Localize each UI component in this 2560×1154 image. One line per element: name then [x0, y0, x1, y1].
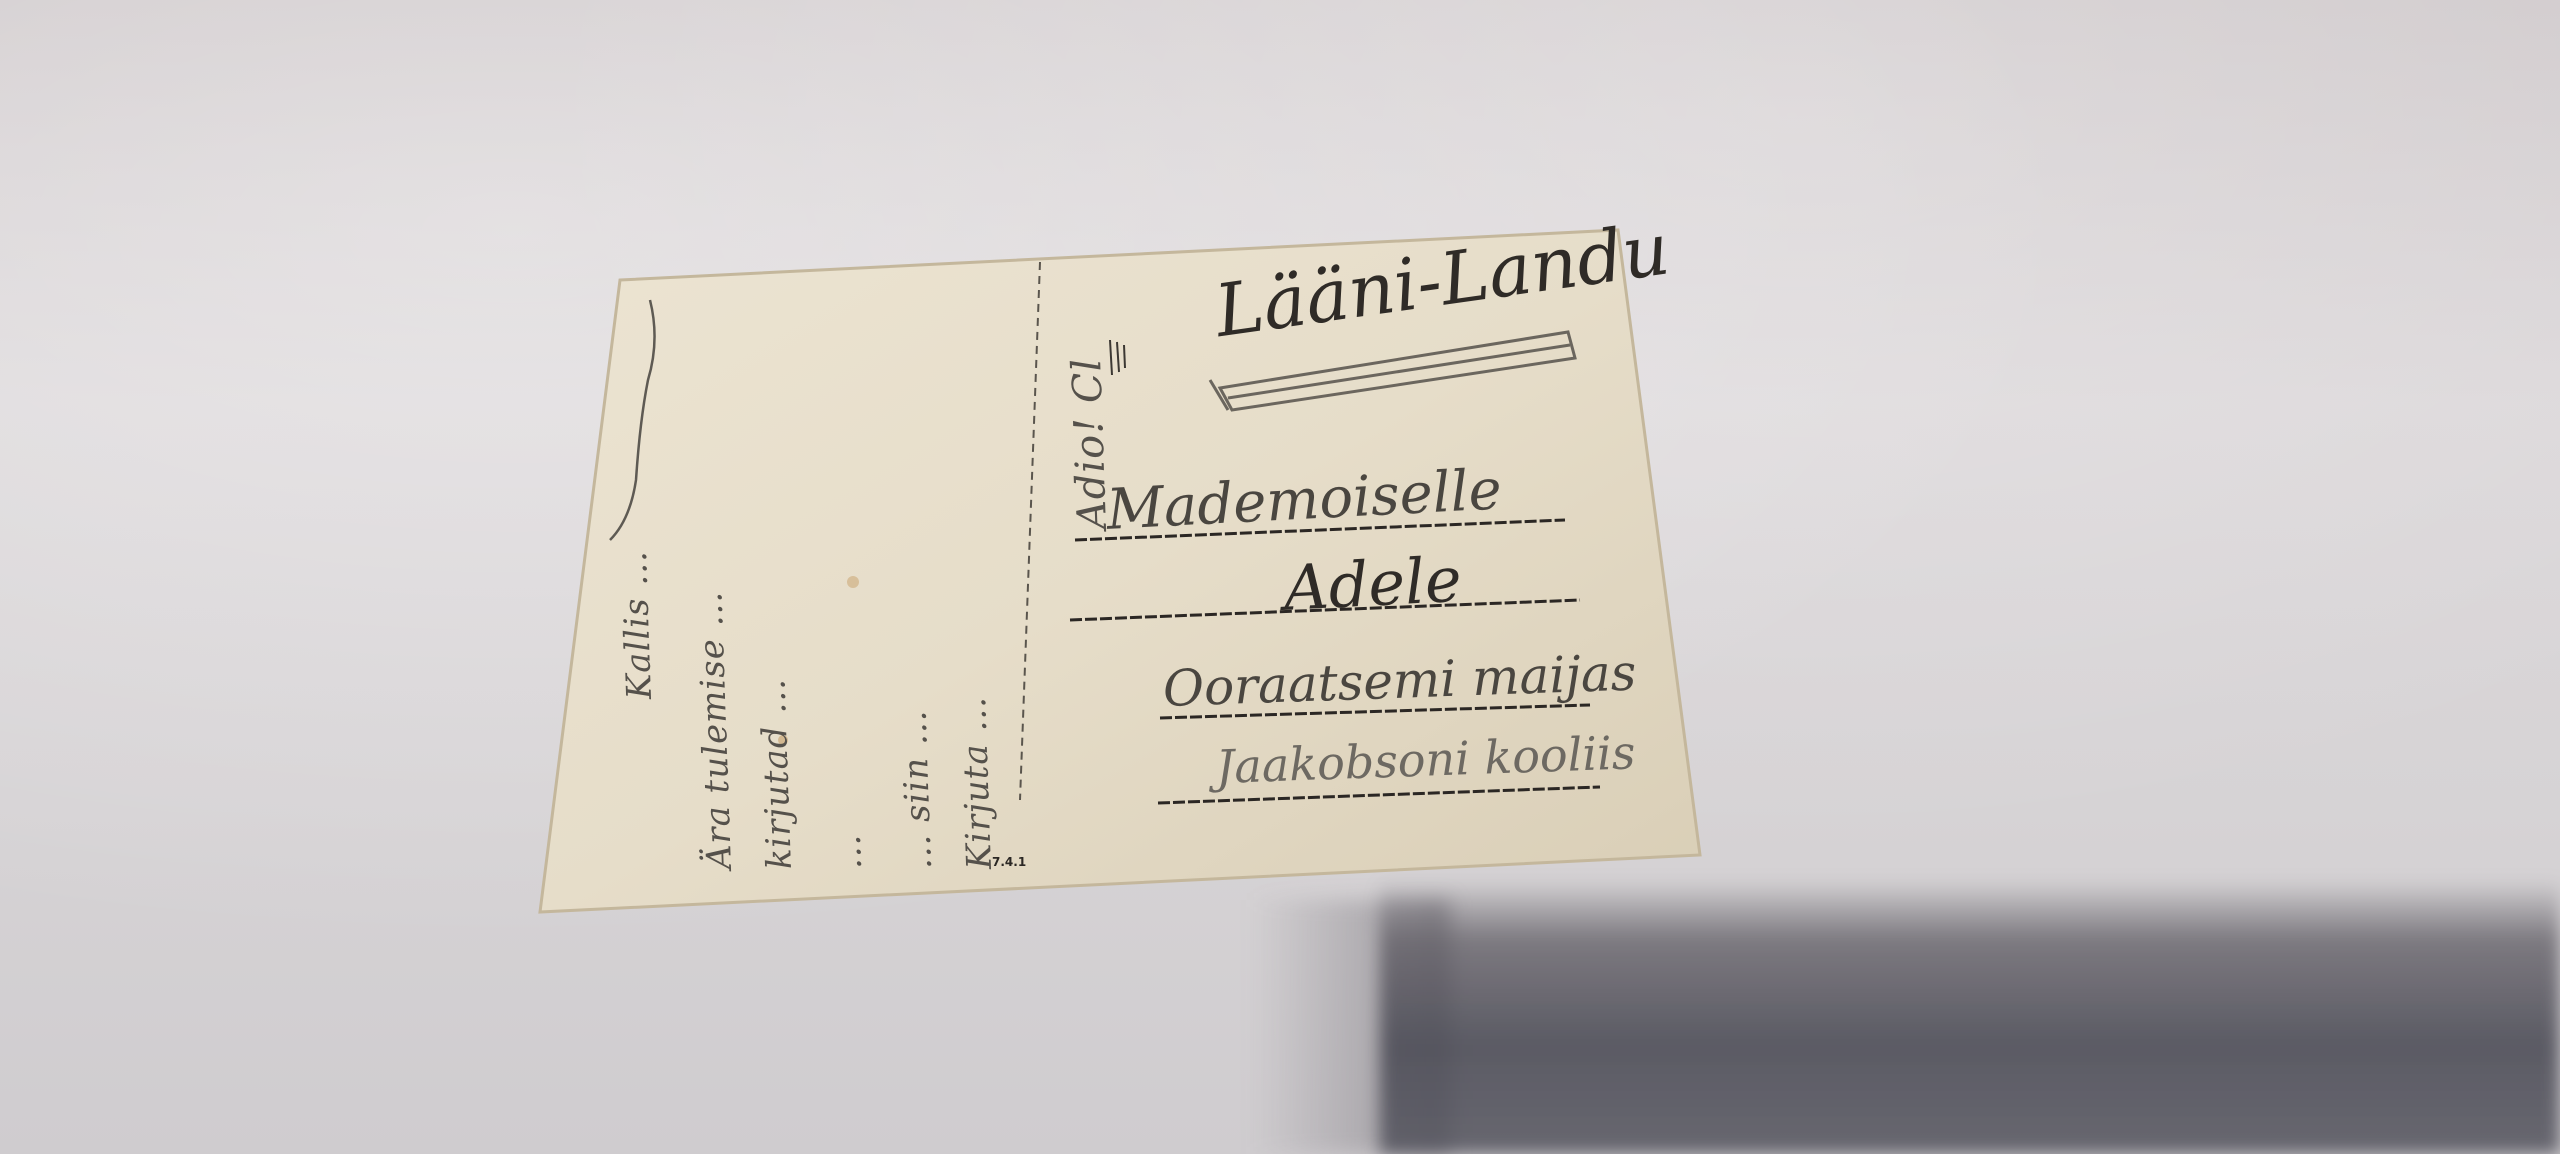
photo-scene: Lääni-Landu Mademoiselle Adele Ooraatsem…: [0, 0, 2560, 1154]
foxing-spot: [847, 576, 859, 588]
printed-code: 7.4.1: [992, 855, 1026, 869]
postcard: [0, 0, 2560, 1154]
message-line-5: ... siin ...: [894, 709, 940, 870]
message-line-4: ...: [829, 833, 870, 870]
message-line-1: Kallis ...: [615, 550, 660, 700]
message-line-6: Kirjuta ...: [954, 696, 1000, 870]
message-line-3: kirjutad ...: [753, 678, 800, 870]
address-line-2: Adele: [1282, 543, 1463, 625]
side-note: Adio! Cl: [1064, 357, 1116, 530]
